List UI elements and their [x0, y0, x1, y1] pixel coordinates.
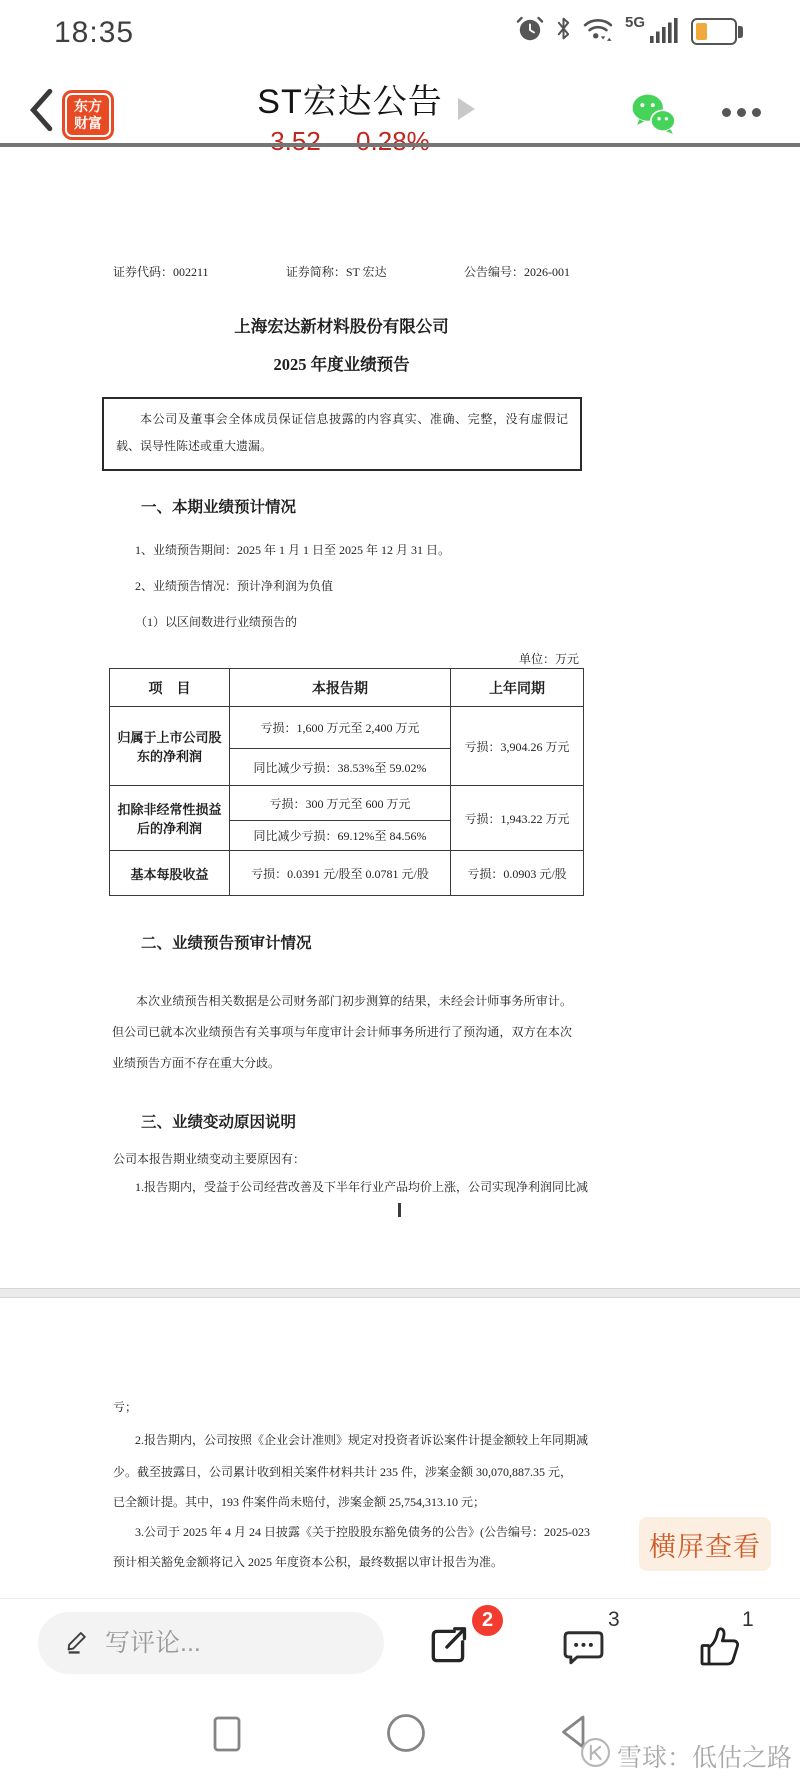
play-audio-icon[interactable] — [458, 98, 475, 120]
net-profit-prior: 亏损：3,904.26 万元 — [451, 707, 584, 786]
comment-input-pill[interactable] — [38, 1612, 384, 1674]
chevron-left-icon — [26, 88, 56, 132]
section1-item1: 1、业绩预告期间：2025 年 1 月 1 日至 2025 年 12 月 31 … — [135, 541, 450, 558]
eps-prior: 亏损：0.0903 元/股 — [451, 851, 584, 896]
share-button[interactable] — [426, 1624, 472, 1673]
document-meta-row: 证券代码：002211 证券简称：ST 宏达 公告编号：2026-001 — [113, 263, 570, 280]
deducted-profit-range: 亏损：300 万元至 600 万元 — [230, 786, 451, 821]
phone-screen: 18:35 5G 东方 财富 — [0, 0, 800, 1778]
company-title: 上海宏达新材料股份有限公司 — [113, 313, 570, 337]
eastmoney-logo: 东方 财富 — [62, 90, 114, 140]
status-icons: 5G — [515, 14, 744, 48]
app-header: 东方 财富 ST宏达公告 3.52 0.28% — [0, 60, 800, 145]
comment-count: 3 — [608, 1608, 620, 1632]
home-button[interactable] — [386, 1713, 426, 1758]
reason3-line2: 预计相关豁免金额将记入 2025 年度资本公积，最终数据以审计报告为准。 — [113, 1553, 503, 1570]
unit-note: 单位：万元 — [113, 650, 579, 667]
section2-body: 本次业绩预告相关数据是公司财务部门初步测算的结果，未经会计师事务所审计。但公司已… — [112, 986, 572, 1079]
reason2-line1: 2.报告期内，公司按照《企业会计准则》规定对投资者诉讼案件计提金额较上年同期减 — [113, 1431, 588, 1448]
row-label-deducted-profit: 扣除非经常性损益后的净利润 — [110, 786, 230, 851]
wechat-share-button[interactable] — [630, 93, 676, 135]
more-menu-button[interactable] — [722, 108, 761, 117]
col-header-item: 项 目 — [110, 669, 230, 707]
share-icon — [426, 1624, 472, 1668]
circle-icon — [386, 1713, 426, 1753]
col-header-prior: 上年同期 — [451, 669, 584, 707]
comment-input[interactable] — [105, 1629, 325, 1658]
net-profit-range: 亏损：1,600 万元至 2,400 万元 — [230, 707, 451, 749]
battery-icon — [691, 18, 737, 45]
col-header-current: 本报告期 — [230, 669, 451, 707]
clock-time: 18:35 — [54, 16, 134, 50]
table-row: 扣除非经常性损益后的净利润 亏损：300 万元至 600 万元 亏损：1,943… — [110, 786, 584, 821]
watermark-text: 雪球：低估之路 — [617, 1738, 792, 1774]
report-title: 2025 年度业绩预告 — [113, 351, 570, 375]
signal-bars-icon — [650, 14, 680, 48]
landscape-view-button[interactable]: 横屏查看 — [639, 1517, 771, 1571]
watermark: 雪球：低估之路 — [580, 1737, 792, 1775]
disclaimer-box: 本公司及董事会全体成员保证信息披露的内容真实、准确、完整，没有虚假记载、误导性陈… — [102, 397, 582, 471]
row-label-net-profit: 归属于上市公司股东的净利润 — [110, 707, 230, 786]
section3-intro: 公司本报告期业绩变动主要原因有： — [113, 1150, 305, 1167]
page-title: ST宏达公告 — [160, 74, 540, 123]
reason2-line2: 少。截至披露日，公司累计收到相关案件材料共计 235 件，涉案金额 30,070… — [113, 1463, 572, 1480]
pencil-icon — [64, 1627, 91, 1659]
recents-button[interactable] — [213, 1716, 241, 1757]
share-badge: 2 — [472, 1605, 503, 1636]
stock-change-percent: 0.28% — [356, 126, 430, 156]
security-name: 证券简称：ST 宏达 — [286, 263, 387, 280]
back-button[interactable] — [26, 88, 58, 134]
announcement-number: 公告编号：2026-001 — [464, 263, 570, 280]
net-profit-change: 同比减少亏损：38.53%至 59.02% — [230, 749, 451, 786]
bluetooth-icon — [556, 15, 571, 47]
row-label-eps: 基本每股收益 — [110, 851, 230, 896]
header-divider — [0, 143, 800, 147]
section1-item2: 2、业绩预告情况：预计净利润为负值 — [135, 577, 333, 594]
section3-heading: 三、业绩变动原因说明 — [141, 1110, 296, 1132]
text-cursor — [398, 1203, 401, 1217]
status-bar: 18:35 5G — [0, 0, 800, 60]
reason3-line1: 3.公司于 2025 年 4 月 24 日披露《关于控股股东豁免债务的公告》(公… — [113, 1523, 590, 1540]
wechat-icon — [630, 93, 676, 135]
like-button[interactable] — [696, 1622, 742, 1673]
thumbs-up-icon — [696, 1622, 742, 1668]
bottom-action-bar: 2 3 1 — [0, 1598, 800, 1695]
section3-reason1: 1.报告期内，受益于公司经营改善及下半年行业产品均价上涨，公司实现净利润同比减 — [113, 1178, 588, 1195]
logo-line1: 东方 — [74, 98, 102, 115]
table-row: 基本每股收益 亏损：0.0391 元/股至 0.0781 元/股 亏损：0.09… — [110, 851, 584, 896]
page-break — [0, 1288, 800, 1298]
deducted-profit-change: 同比减少亏损：69.12%至 84.56% — [230, 821, 451, 851]
like-count: 1 — [742, 1608, 754, 1632]
stock-price-row: 3.52 0.28% — [160, 126, 540, 157]
reason2-line3: 已全额计提。其中，193 件案件尚未赔付，涉案金额 25,754,313.10 … — [113, 1493, 485, 1510]
comments-button[interactable] — [561, 1628, 606, 1673]
section1-heading: 一、本期业绩预计情况 — [141, 495, 296, 517]
section1-item3: （1）以区间数进行业绩预告的 — [135, 613, 297, 630]
deducted-profit-prior: 亏损：1,943.22 万元 — [451, 786, 584, 851]
performance-forecast-table: 项 目 本报告期 上年同期 归属于上市公司股东的净利润 亏损：1,600 万元至… — [109, 668, 584, 896]
alarm-icon — [515, 14, 545, 49]
xueqiu-logo-icon — [580, 1737, 611, 1775]
network-5g-label: 5G — [625, 14, 645, 31]
wifi-icon — [582, 15, 614, 47]
table-row: 归属于上市公司股东的净利润 亏损：1,600 万元至 2,400 万元 亏损：3… — [110, 707, 584, 749]
table-header-row: 项 目 本报告期 上年同期 — [110, 669, 584, 707]
logo-line2: 财富 — [74, 115, 102, 132]
section2-heading: 二、业绩预告预审计情况 — [141, 931, 312, 953]
comment-bubble-icon — [561, 1628, 606, 1668]
eps-range: 亏损：0.0391 元/股至 0.0781 元/股 — [230, 851, 451, 896]
carryover-text: 亏； — [113, 1398, 137, 1415]
security-code: 证券代码：002211 — [113, 263, 209, 280]
stock-price: 3.52 — [270, 126, 321, 156]
square-icon — [213, 1716, 241, 1752]
